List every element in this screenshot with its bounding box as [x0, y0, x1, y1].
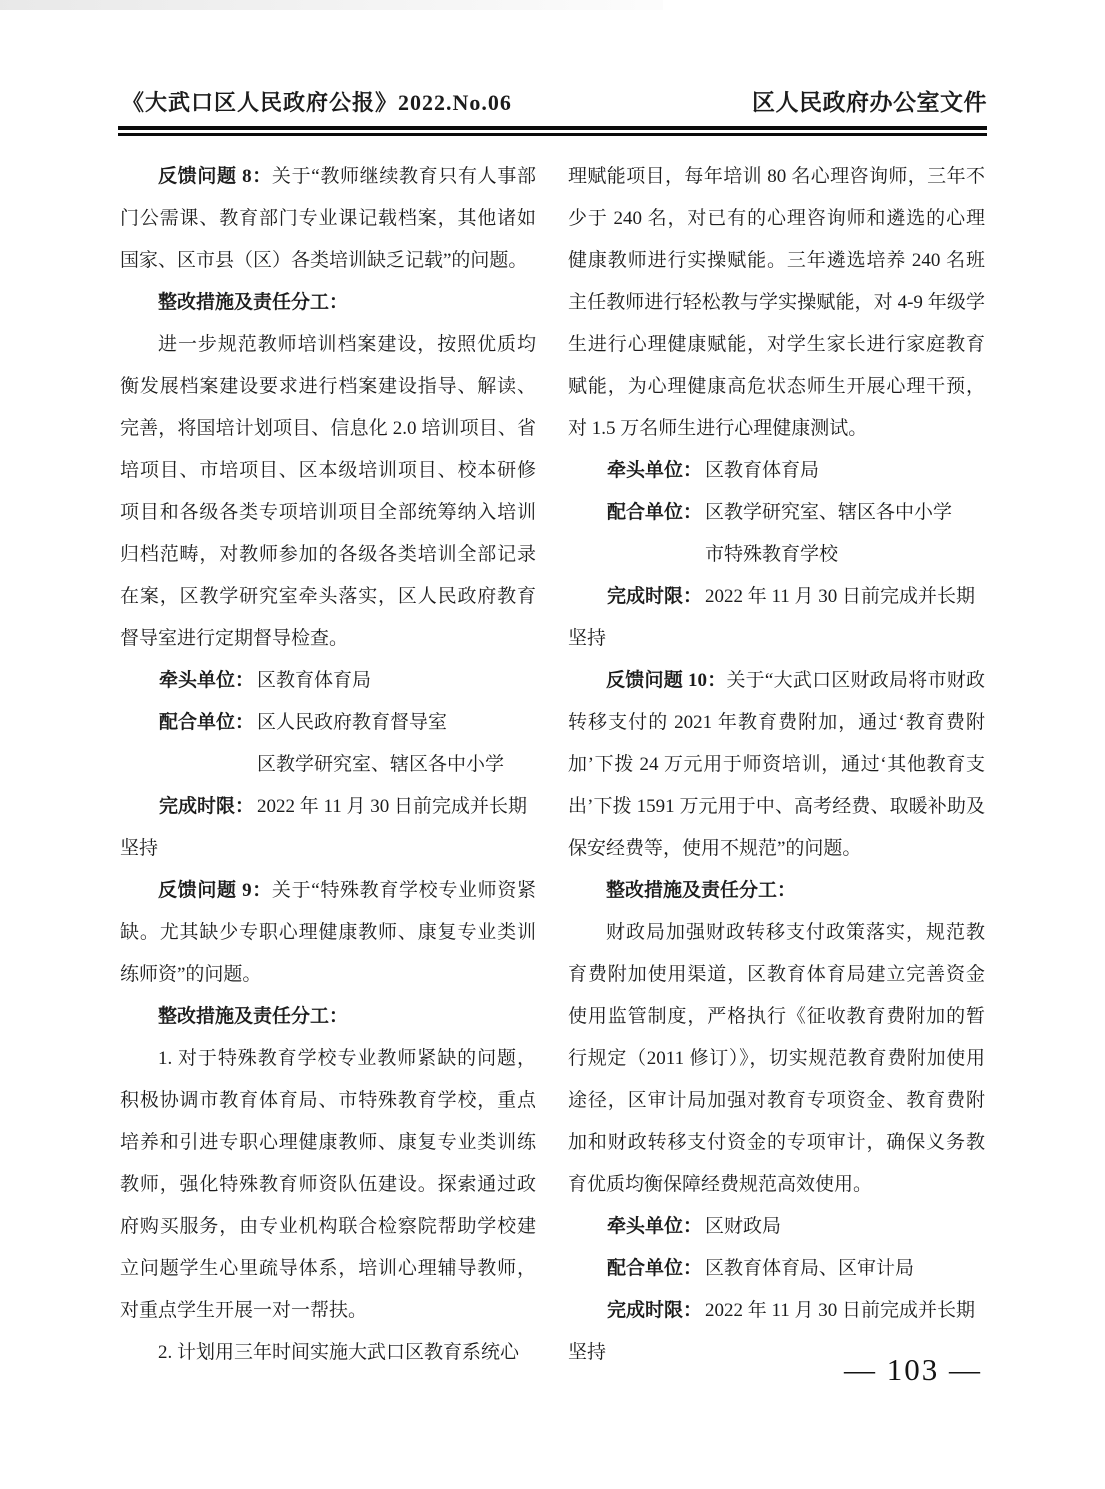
lead-unit-row-3: 牵头单位：区财政局	[568, 1206, 985, 1248]
lead-unit-row-1: 牵头单位：区教育体育局	[120, 660, 536, 702]
cooperating-unit-value: 区教学研究室、辖区各中小学	[705, 502, 952, 523]
measure-paragraph-2-item2-continued: 理赋能项目，每年培训 80 名心理咨询师，三年不少于 240 名，对已有的心理咨…	[568, 156, 985, 450]
deadline-label: 完成时限：	[607, 586, 702, 607]
rectification-heading-2: 整改措施及责任分工：	[120, 996, 536, 1038]
measure-paragraph-3: 财政局加强财政转移支付政策落实，规范教育费附加使用渠道，区教育体育局建立完善资金…	[568, 912, 985, 1206]
feedback-problem-8: 反馈问题 8：关于“教师继续教育只有人事部门公需课、教育部门专业课记载档案，其他…	[120, 156, 536, 282]
measure-paragraph-2-item1: 1. 对于特殊教育学校专业教师紧缺的问题，积极协调市教育体育局、市特殊教育学校，…	[120, 1038, 536, 1332]
header-double-rule	[118, 126, 987, 136]
lead-unit-label: 牵头单位：	[159, 670, 254, 691]
deadline-cont-2: 坚持	[568, 618, 985, 660]
cooperating-unit-row-1: 配合单位：区人民政府教育督导室	[120, 702, 536, 744]
lead-unit-value: 区教育体育局	[257, 670, 371, 691]
scan-shadow	[0, 0, 663, 10]
deadline-cont-1: 坚持	[120, 828, 536, 870]
lead-unit-value: 区教育体育局	[705, 460, 819, 481]
cooperating-unit-value: 区人民政府教育督导室	[257, 712, 447, 733]
deadline-value: 2022 年 11 月 30 日前完成并长期	[257, 796, 527, 817]
measure-paragraph-1: 进一步规范教师培训档案建设，按照优质均衡发展档案建设要求进行档案建设指导、解读、…	[120, 324, 536, 660]
deadline-value: 2022 年 11 月 30 日前完成并长期	[705, 586, 975, 607]
deadline-value: 2022 年 11 月 30 日前完成并长期	[705, 1300, 975, 1321]
deadline-row-2: 完成时限：2022 年 11 月 30 日前完成并长期	[568, 576, 985, 618]
feedback-problem-10: 反馈问题 10：关于“大武口区财政局将市财政转移支付的 2021 年教育费附加，…	[568, 660, 985, 870]
problem-10-text: 关于“大武口区财政局将市财政转移支付的 2021 年教育费附加，通过‘教育费附加…	[568, 670, 985, 859]
rectification-heading-1: 整改措施及责任分工：	[120, 282, 536, 324]
gazette-page: 《大武口区人民政府公报》2022.No.06 区人民政府办公室文件 反馈问题 8…	[0, 0, 1105, 1489]
problem-9-label: 反馈问题 9：	[158, 880, 272, 901]
deadline-label: 完成时限：	[159, 796, 254, 817]
cooperating-unit-label: 配合单位：	[607, 502, 702, 523]
cooperating-unit-label: 配合单位：	[159, 712, 254, 733]
lead-unit-row-2: 牵头单位：区教育体育局	[568, 450, 985, 492]
problem-8-label: 反馈问题 8：	[158, 166, 272, 187]
lead-unit-label: 牵头单位：	[607, 460, 702, 481]
page-number: — 103 —	[844, 1352, 982, 1388]
rectification-heading-3: 整改措施及责任分工：	[568, 870, 985, 912]
problem-10-label: 反馈问题 10：	[606, 670, 726, 691]
right-column: 理赋能项目，每年培训 80 名心理咨询师，三年不少于 240 名，对已有的心理咨…	[568, 156, 985, 1374]
feedback-problem-9: 反馈问题 9：关于“特殊教育学校专业师资紧缺。尤其缺少专职心理健康教师、康复专业…	[120, 870, 536, 996]
deadline-label: 完成时限：	[607, 1300, 702, 1321]
cooperating-unit-row-3: 配合单位：区教育体育局、区审计局	[568, 1248, 985, 1290]
deadline-row-3: 完成时限：2022 年 11 月 30 日前完成并长期	[568, 1290, 985, 1332]
measure-paragraph-2-item2: 2. 计划用三年时间实施大武口区教育系统心	[120, 1332, 536, 1374]
cooperating-unit-value: 区教育体育局、区审计局	[705, 1258, 914, 1279]
cooperating-unit-cont-1: 区教学研究室、辖区各中小学	[120, 744, 536, 786]
gazette-title: 《大武口区人民政府公报》2022.No.06	[122, 86, 512, 117]
cooperating-unit-cont-2: 市特殊教育学校	[568, 534, 985, 576]
page-header: 《大武口区人民政府公报》2022.No.06 区人民政府办公室文件	[122, 84, 987, 117]
cooperating-unit-label: 配合单位：	[607, 1258, 702, 1279]
cooperating-unit-row-2: 配合单位：区教学研究室、辖区各中小学	[568, 492, 985, 534]
deadline-row-1: 完成时限：2022 年 11 月 30 日前完成并长期	[120, 786, 536, 828]
lead-unit-value: 区财政局	[705, 1216, 781, 1237]
left-column: 反馈问题 8：关于“教师继续教育只有人事部门公需课、教育部门专业课记载档案，其他…	[120, 156, 536, 1374]
document-category: 区人民政府办公室文件	[752, 84, 987, 117]
lead-unit-label: 牵头单位：	[607, 1216, 702, 1237]
